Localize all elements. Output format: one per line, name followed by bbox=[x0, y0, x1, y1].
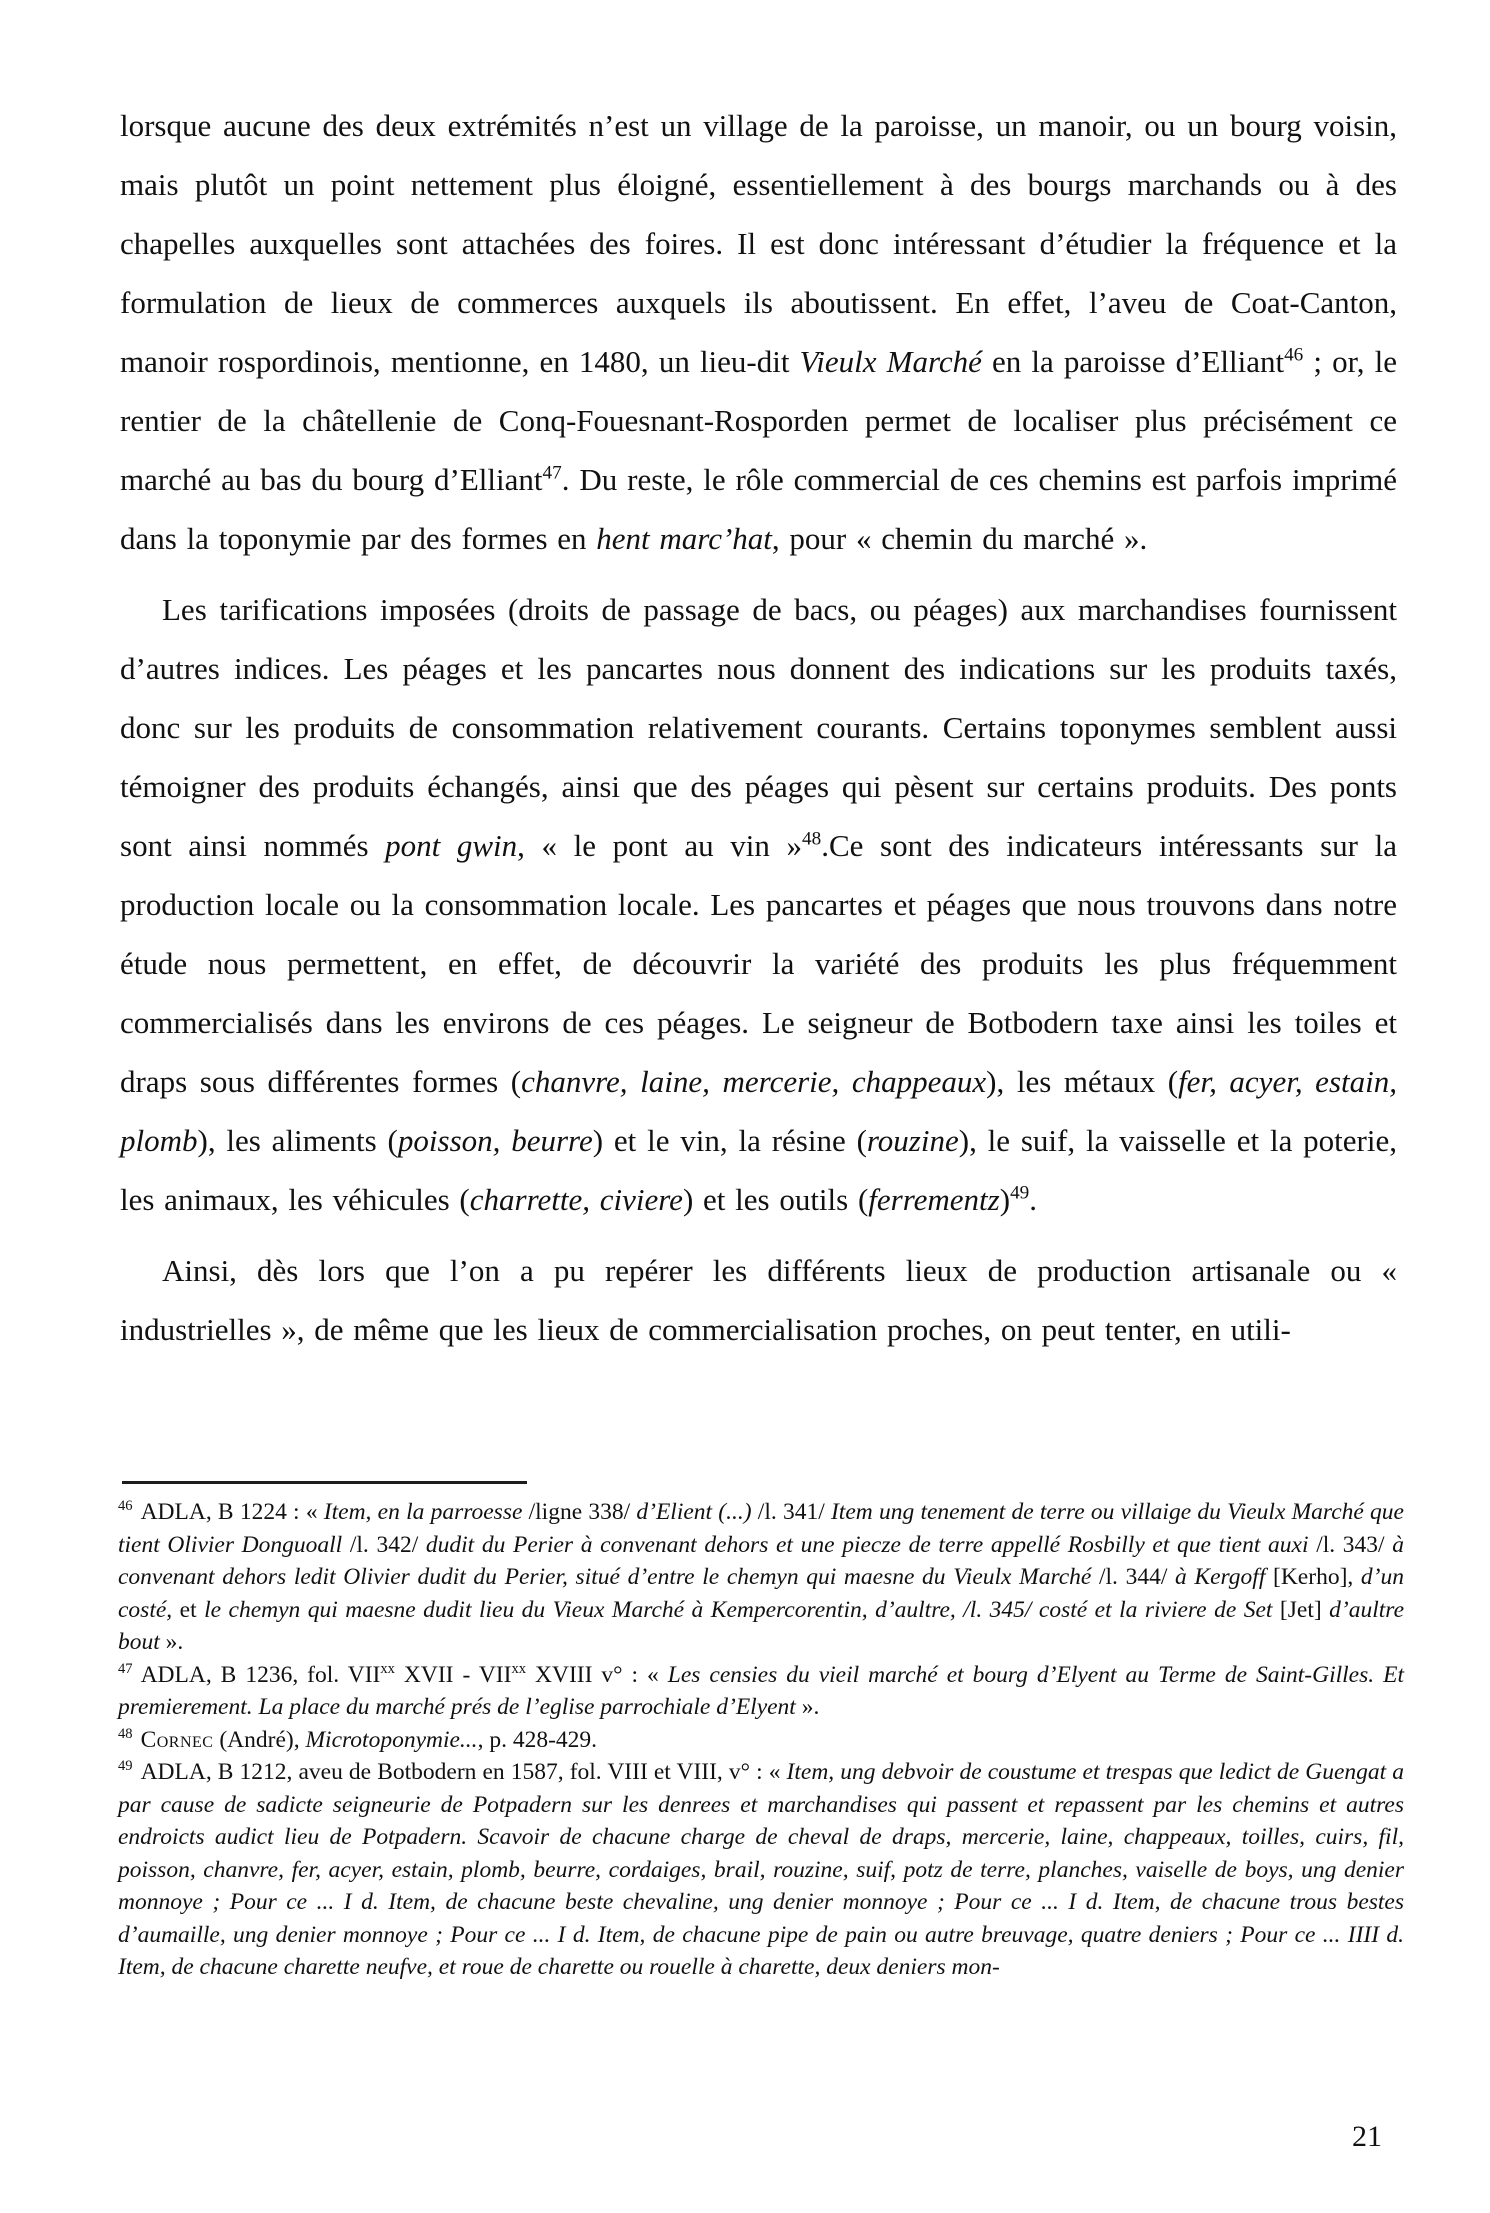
body-text: lorsque aucune des deux extrémités n’est… bbox=[120, 96, 1397, 1359]
footnote-46-text: ADLA, B 1224 : « Item, en la parroesse /… bbox=[118, 1499, 1404, 1655]
footnote-46-number: 46 bbox=[118, 1498, 133, 1514]
footnote-49-number: 49 bbox=[118, 1758, 133, 1774]
paragraph-3: Ainsi, dès lors que l’on a pu repérer le… bbox=[120, 1241, 1397, 1359]
footnote-48: 48Cornec (André), Microtoponymie..., p. … bbox=[118, 1724, 1404, 1757]
footnote-49: 49ADLA, B 1212, aveu de Botbodern en 158… bbox=[118, 1756, 1404, 1984]
paragraph-2: Les tarifications imposées (droits de pa… bbox=[120, 580, 1397, 1229]
footnote-48-text: Cornec (André), Microtoponymie..., p. 42… bbox=[141, 1727, 597, 1753]
footnote-46: 46ADLA, B 1224 : « Item, en la parroesse… bbox=[118, 1496, 1404, 1659]
paragraph-1: lorsque aucune des deux extrémités n’est… bbox=[120, 96, 1397, 568]
document-page: lorsque aucune des deux extrémités n’est… bbox=[0, 0, 1490, 2213]
footnote-separator-rule bbox=[122, 1481, 527, 1484]
footnote-48-number: 48 bbox=[118, 1726, 133, 1742]
footnote-47: 47ADLA, B 1236, fol. VIIxx XVII - VIIxx … bbox=[118, 1659, 1404, 1724]
footnotes-section: 46ADLA, B 1224 : « Item, en la parroesse… bbox=[118, 1496, 1404, 1984]
page-number: 21 bbox=[1352, 2120, 1382, 2154]
footnote-47-number: 47 bbox=[118, 1661, 133, 1677]
footnote-49-text: ADLA, B 1212, aveu de Botbodern en 1587,… bbox=[118, 1759, 1404, 1980]
footnote-47-text: ADLA, B 1236, fol. VIIxx XVII - VIIxx XV… bbox=[118, 1662, 1404, 1721]
